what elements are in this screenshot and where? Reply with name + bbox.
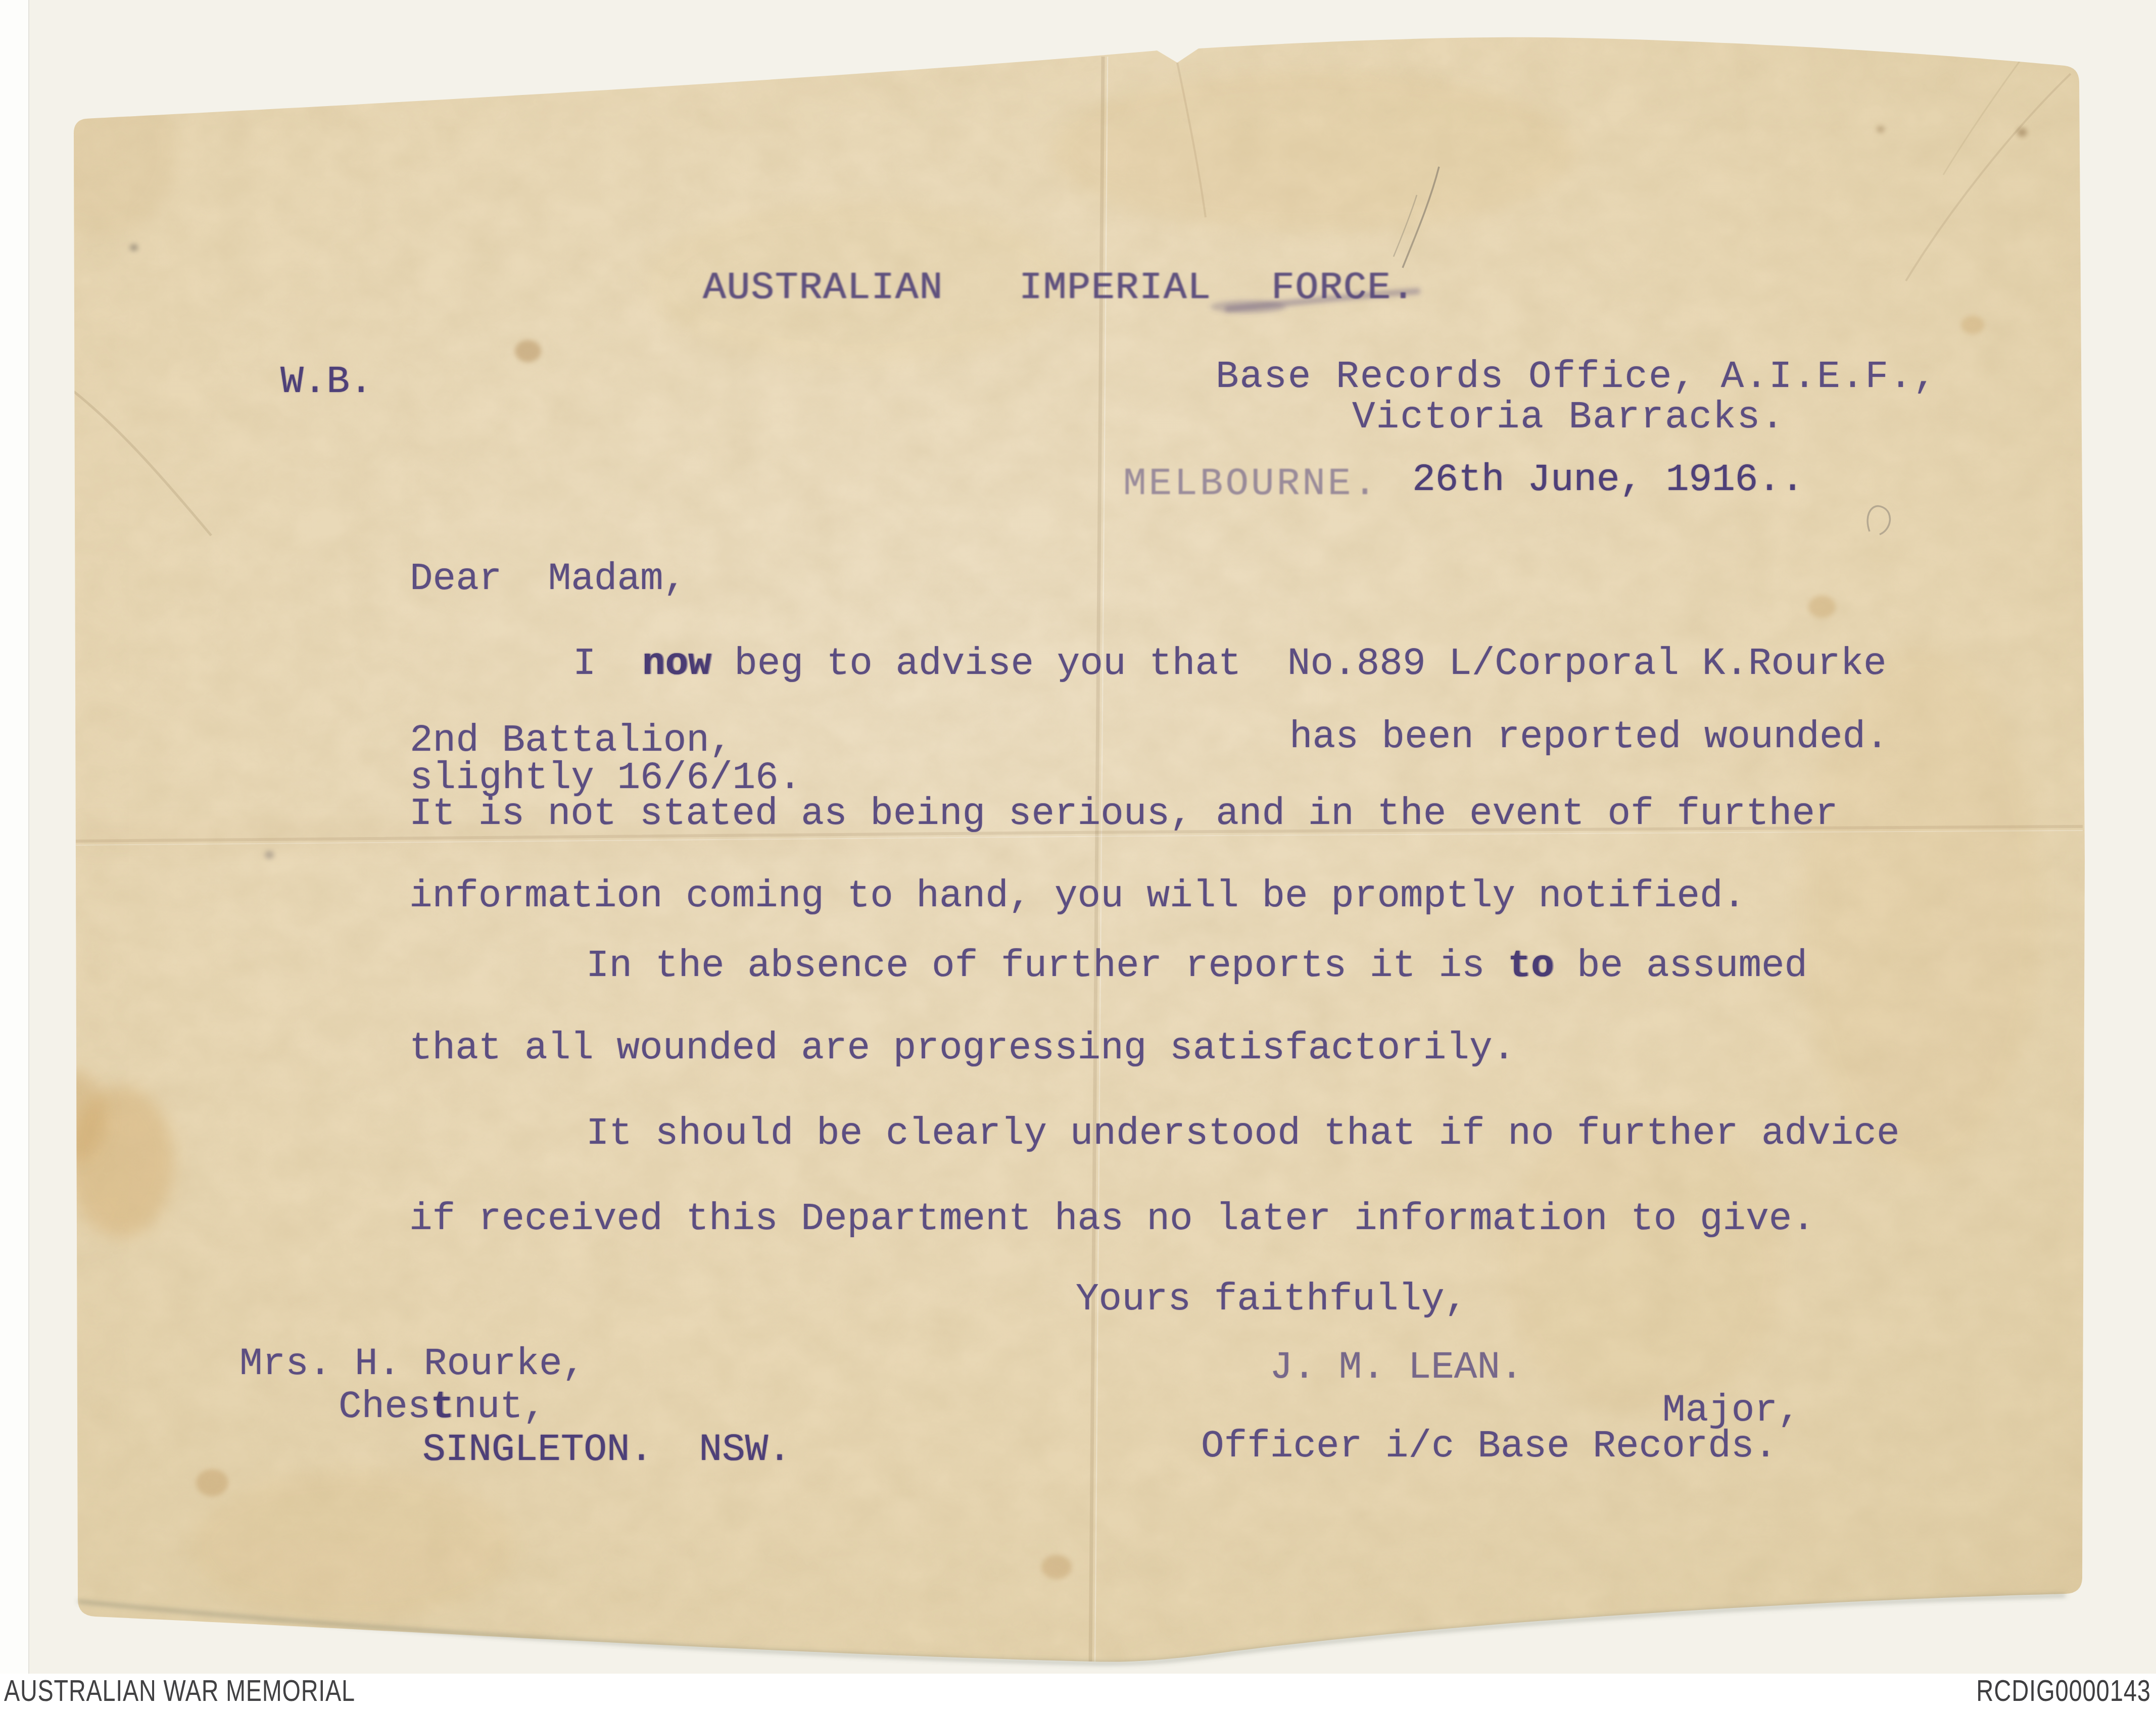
notification-middle: beg to advise you that xyxy=(711,642,1287,686)
salutation: Dear Madam, xyxy=(410,559,686,599)
valediction: Yours faithfully, xyxy=(1076,1279,1467,1320)
footer-bar: AUSTRALIAN WAR MEMORIAL RCDIG0000143 xyxy=(0,1674,2156,1709)
street-post: nut, xyxy=(454,1385,546,1429)
paragraph3-lead: In the absence of further reports it is xyxy=(586,944,1508,988)
reported-wounded-line: has been reported wounded. xyxy=(1289,717,1889,757)
letterhead-word-imperial: IMPERIAL xyxy=(1019,266,1212,310)
letter-paper xyxy=(0,0,2156,1709)
recipient-town: SINGLETON. NSW. xyxy=(422,1430,791,1470)
reference-initials: W.B. xyxy=(280,362,372,402)
recipient-street-line: Chestnut, xyxy=(339,1387,546,1427)
footer-record-id: RCDIG0000143 xyxy=(1977,1674,2151,1708)
office-address-line1: Base Records Office, A.I.E.F., xyxy=(1216,357,1937,397)
scanned-document-page: AUSTRALIANIMPERIALFORCE. W.B. Base Recor… xyxy=(0,0,2156,1709)
notification-overstruck-word: now xyxy=(642,642,711,686)
annotation-unit-line: 2nd Battalion, xyxy=(410,720,733,761)
letterhead-word-force: FORCE. xyxy=(1271,266,1416,310)
paragraph3-line2: that all wounded are progressing satisfa… xyxy=(409,1028,1515,1068)
paragraph3-tail: be assumed xyxy=(1554,944,1808,988)
notification-subject: No.889 L/Corporal K.Rourke xyxy=(1287,642,1887,686)
dateline-city: MELBOURNE. xyxy=(1123,464,1379,504)
paragraph2-line2: information coming to hand, you will be … xyxy=(409,876,1746,916)
letterhead-word-australian: AUSTRALIAN xyxy=(703,266,943,310)
street-pre: Ches xyxy=(339,1385,430,1429)
notification-line: I now beg to advise you that No.889 L/Co… xyxy=(573,644,1887,684)
paragraph2-line1: It is not stated as being serious, and i… xyxy=(409,794,1838,834)
paragraph4-line1: It should be clearly understood that if … xyxy=(586,1113,1900,1154)
letterhead-title: AUSTRALIANIMPERIALFORCE. xyxy=(703,268,1416,308)
notification-lead: I xyxy=(573,642,642,686)
paragraph4-line2: if received this Department has no later… xyxy=(409,1199,1815,1239)
office-address-line2: Victoria Barracks. xyxy=(1352,397,1785,437)
paragraph3-line1: In the absence of further reports it is … xyxy=(586,946,1807,986)
footer-institution-label: AUSTRALIAN WAR MEMORIAL xyxy=(4,1673,355,1708)
signature-name: J. M. LEAN. xyxy=(1270,1347,1523,1388)
signature-title: Officer i/c Base Records. xyxy=(1201,1426,1777,1467)
paragraph3-overstruck-word: to xyxy=(1508,944,1554,988)
recipient-name: Mrs. H. Rourke, xyxy=(239,1344,585,1384)
street-overstruck-letter: t xyxy=(430,1385,454,1429)
dateline-date: 26th June, 1916.. xyxy=(1412,460,1804,500)
